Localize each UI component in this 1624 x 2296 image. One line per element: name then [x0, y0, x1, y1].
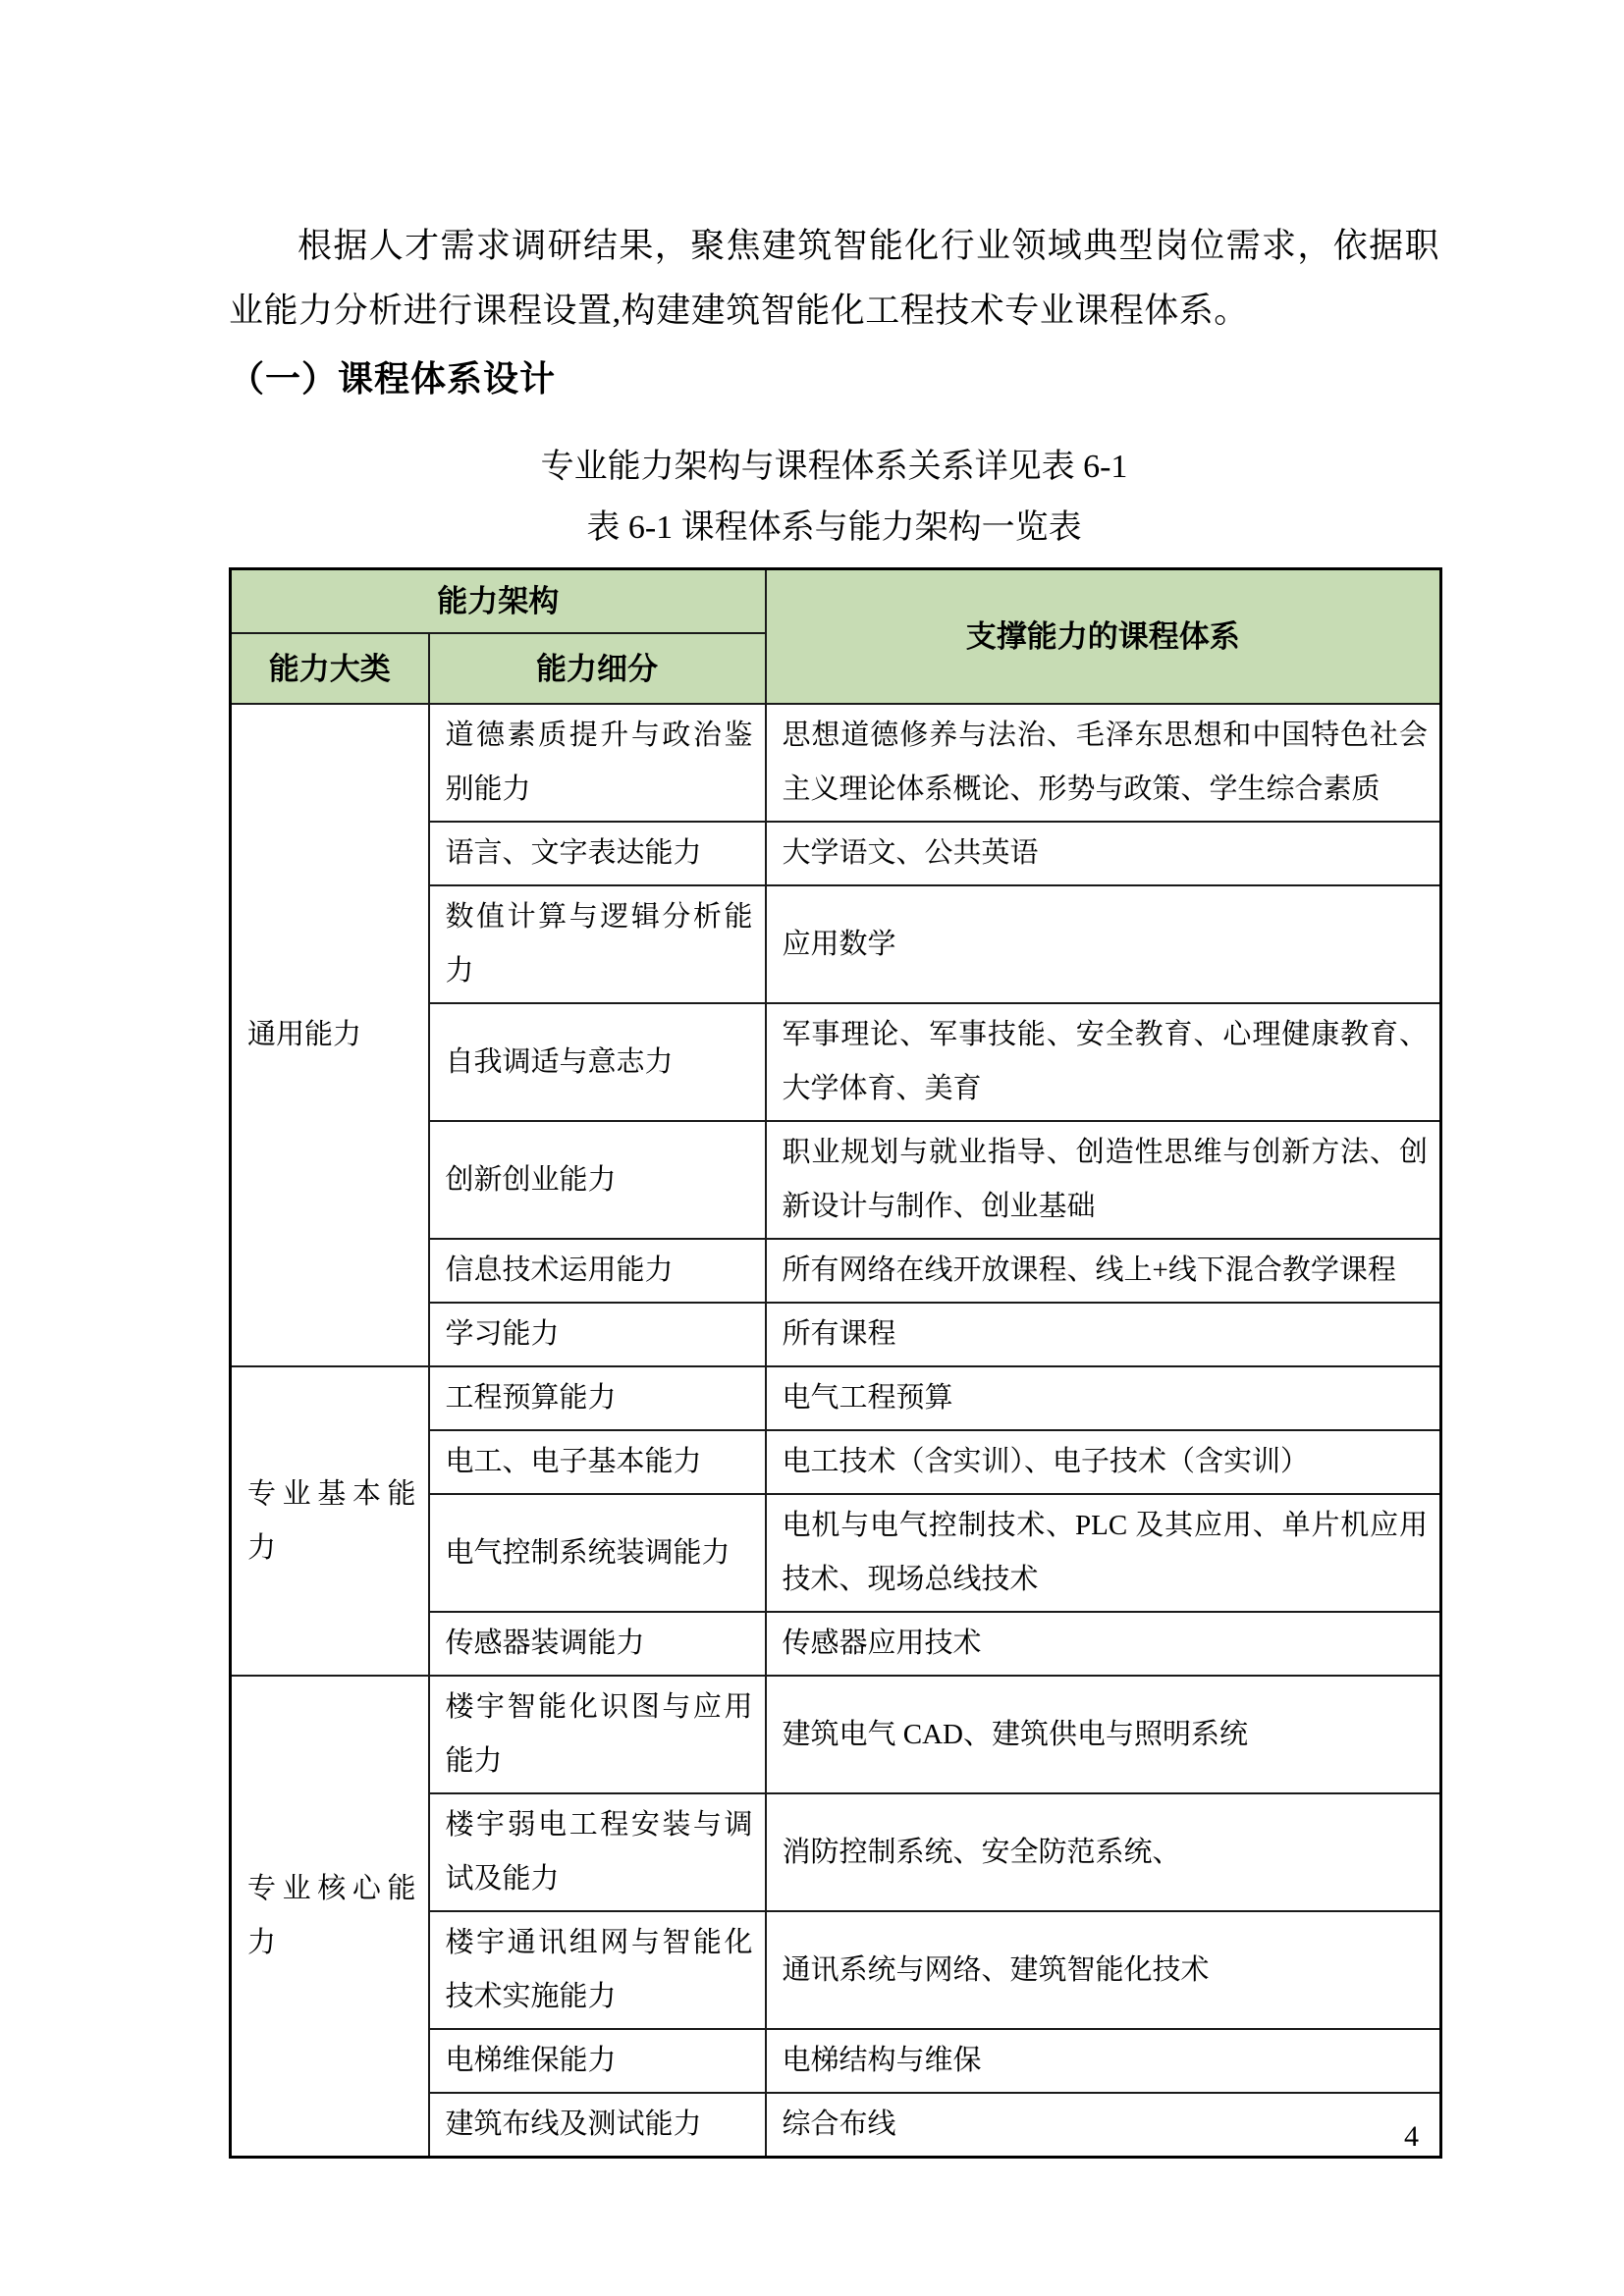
- page-number: 4: [1404, 2120, 1419, 2154]
- ability-cell: 电气控制系统装调能力: [429, 1494, 766, 1612]
- ability-cell: 学习能力: [429, 1303, 766, 1366]
- courses-cell: 电气工程预算: [766, 1366, 1441, 1430]
- header-capability-detail: 能力细分: [429, 633, 766, 704]
- ability-cell: 信息技术运用能力: [429, 1239, 766, 1303]
- document-page: 根据人才需求调研结果，聚焦建筑智能化行业领域典型岗位需求，依据职业能力分析进行课…: [0, 0, 1624, 2296]
- header-capability-category: 能力大类: [231, 633, 429, 704]
- ability-cell: 楼宇通讯组网与智能化技术实施能力: [429, 1911, 766, 2029]
- ability-cell: 道德素质提升与政治鉴别能力: [429, 704, 766, 822]
- category-cell: 通用能力: [231, 704, 429, 1366]
- table-row: 专业基本能力 工程预算能力 电气工程预算: [231, 1366, 1441, 1430]
- ability-cell: 创新创业能力: [429, 1121, 766, 1239]
- courses-cell: 应用数学: [766, 885, 1441, 1003]
- table-row: 专业核心能力 楼宇智能化识图与应用能力 建筑电气 CAD、建筑供电与照明系统: [231, 1676, 1441, 1793]
- courses-cell: 电机与电气控制技术、PLC 及其应用、单片机应用技术、现场总线技术: [766, 1494, 1441, 1612]
- intro-paragraph: 根据人才需求调研结果，聚焦建筑智能化行业领域典型岗位需求，依据职业能力分析进行课…: [229, 214, 1439, 344]
- ability-cell: 语言、文字表达能力: [429, 822, 766, 885]
- courses-cell: 电梯结构与维保: [766, 2029, 1441, 2093]
- page-content: 根据人才需求调研结果，聚焦建筑智能化行业领域典型岗位需求，依据职业能力分析进行课…: [229, 214, 1439, 2159]
- section-heading: （一）课程体系设计: [229, 353, 1439, 404]
- ability-cell: 工程预算能力: [429, 1366, 766, 1430]
- courses-cell: 消防控制系统、安全防范系统、: [766, 1793, 1441, 1911]
- table-header-row: 能力架构 支撑能力的课程体系: [231, 569, 1441, 634]
- category-cell: 专业基本能力: [231, 1366, 429, 1676]
- header-supporting-courses: 支撑能力的课程体系: [766, 569, 1441, 705]
- capability-course-table: 能力架构 支撑能力的课程体系 能力大类 能力细分 通用能力 道德素质提升与政治鉴…: [229, 567, 1442, 2159]
- courses-cell: 所有课程: [766, 1303, 1441, 1366]
- ability-cell: 自我调适与意志力: [429, 1003, 766, 1121]
- table-reference-line: 专业能力架构与课程体系关系详见表 6-1: [229, 444, 1439, 491]
- category-cell: 专业核心能力: [231, 1676, 429, 2158]
- courses-cell: 电工技术（含实训）、电子技术（含实训）: [766, 1430, 1441, 1494]
- courses-cell: 职业规划与就业指导、创造性思维与创新方法、创新设计与制作、创业基础: [766, 1121, 1441, 1239]
- courses-cell: 综合布线: [766, 2093, 1441, 2158]
- ability-cell: 楼宇弱电工程安装与调试及能力: [429, 1793, 766, 1911]
- courses-cell: 所有网络在线开放课程、线上+线下混合教学课程: [766, 1239, 1441, 1303]
- ability-cell: 电工、电子基本能力: [429, 1430, 766, 1494]
- courses-cell: 大学语文、公共英语: [766, 822, 1441, 885]
- courses-cell: 思想道德修养与法治、毛泽东思想和中国特色社会主义理论体系概论、形势与政策、学生综…: [766, 704, 1441, 822]
- ability-cell: 数值计算与逻辑分析能力: [429, 885, 766, 1003]
- table-row: 通用能力 道德素质提升与政治鉴别能力 思想道德修养与法治、毛泽东思想和中国特色社…: [231, 704, 1441, 822]
- ability-cell: 楼宇智能化识图与应用能力: [429, 1676, 766, 1793]
- ability-cell: 建筑布线及测试能力: [429, 2093, 766, 2158]
- table-caption: 表 6-1 课程体系与能力架构一览表: [229, 505, 1439, 552]
- courses-cell: 传感器应用技术: [766, 1612, 1441, 1676]
- courses-cell: 建筑电气 CAD、建筑供电与照明系统: [766, 1676, 1441, 1793]
- ability-cell: 电梯维保能力: [429, 2029, 766, 2093]
- courses-cell: 军事理论、军事技能、安全教育、心理健康教育、大学体育、美育: [766, 1003, 1441, 1121]
- courses-cell: 通讯系统与网络、建筑智能化技术: [766, 1911, 1441, 2029]
- ability-cell: 传感器装调能力: [429, 1612, 766, 1676]
- header-capability-framework: 能力架构: [231, 569, 766, 634]
